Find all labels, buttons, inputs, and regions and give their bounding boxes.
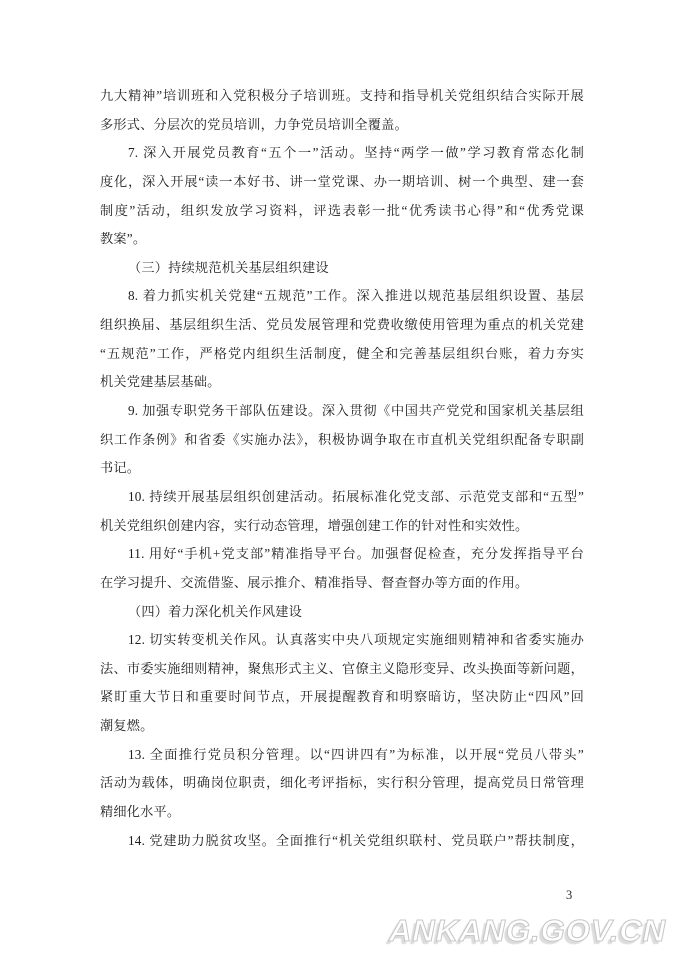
- text-line: 书记。: [100, 454, 584, 483]
- text-line: 7. 深入开展党员教育“五个一”活动。坚持“两学一做”学习教育常态化制: [100, 139, 584, 168]
- site-watermark: ANKANG.GOV.CN: [389, 913, 666, 949]
- text-line: 在学习提升、交流借鉴、展示推介、精准指导、督查督办等方面的作用。: [100, 569, 584, 598]
- text-line: “五规范”工作，严格党内组织生活制度，健全和完善基层组织台账，着力夯实: [100, 340, 584, 369]
- text-line: 10. 持续开展基层组织创建活动。拓展标准化党支部、示范党支部和“五型”: [100, 483, 584, 512]
- text-line: 紧盯重大节日和重要时间节点，开展提醒教育和明察暗访，坚决防止“四风”回: [100, 683, 584, 712]
- text-line: 法、市委实施细则精神，聚焦形式主义、官僚主义隐形变异、改头换面等新问题，: [100, 655, 584, 684]
- text-line: 精细化水平。: [100, 798, 584, 827]
- text-line: 活动为载体，明确岗位职责，细化考评指标，实行积分管理，提高党员日常管理: [100, 769, 584, 798]
- text-line: 12. 切实转变机关作风。认真落实中央八项规定实施细则精神和省委实施办: [100, 626, 584, 655]
- text-line: 组织换届、基层组织生活、党员发展管理和党费收缴使用管理为重点的机关党建: [100, 311, 584, 340]
- text-line: 制度”活动，组织发放学习资料，评选表彰一批“优秀读书心得”和“优秀党课: [100, 197, 584, 226]
- text-line: 14. 党建助力脱贫攻坚。全面推行“机关党组织联村、党员联户”帮扶制度，: [100, 827, 584, 856]
- text-line: 教案”。: [100, 225, 584, 254]
- text-line: 九大精神”培训班和入党积极分子培训班。支持和指导机关党组织结合实际开展: [100, 82, 584, 111]
- text-line: 潮复燃。: [100, 712, 584, 741]
- text-line: （四）着力深化机关作风建设: [100, 598, 584, 627]
- text-line: 度化，深入开展“读一本好书、讲一堂党课、办一期培训、树一个典型、建一套: [100, 168, 584, 197]
- text-line: 机关党建基层基础。: [100, 368, 584, 397]
- text-line: 13. 全面推行党员积分管理。以“四讲四有”为标准，以开展“党员八带头”: [100, 741, 584, 770]
- text-line: 多形式、分层次的党员培训，力争党员培训全覆盖。: [100, 111, 584, 140]
- text-line: 11. 用好“手机+党支部”精准指导平台。加强督促检查，充分发挥指导平台: [100, 540, 584, 569]
- document-body: 九大精神”培训班和入党积极分子培训班。支持和指导机关党组织结合实际开展多形式、分…: [100, 82, 584, 855]
- text-line: （三）持续规范机关基层组织建设: [100, 254, 584, 283]
- page-number: 3: [566, 888, 572, 903]
- text-line: 8. 着力抓实机关党建“五规范”工作。深入推进以规范基层组织设置、基层: [100, 282, 584, 311]
- text-line: 机关党组织创建内容，实行动态管理，增强创建工作的针对性和实效性。: [100, 512, 584, 541]
- text-line: 织工作条例》和省委《实施办法》，积极协调争取在市直机关党组织配备专职副: [100, 426, 584, 455]
- document-page: 九大精神”培训班和入党积极分子培训班。支持和指导机关党组织结合实际开展多形式、分…: [0, 0, 680, 962]
- text-line: 9. 加强专职党务干部队伍建设。深入贯彻《中国共产党党和国家机关基层组: [100, 397, 584, 426]
